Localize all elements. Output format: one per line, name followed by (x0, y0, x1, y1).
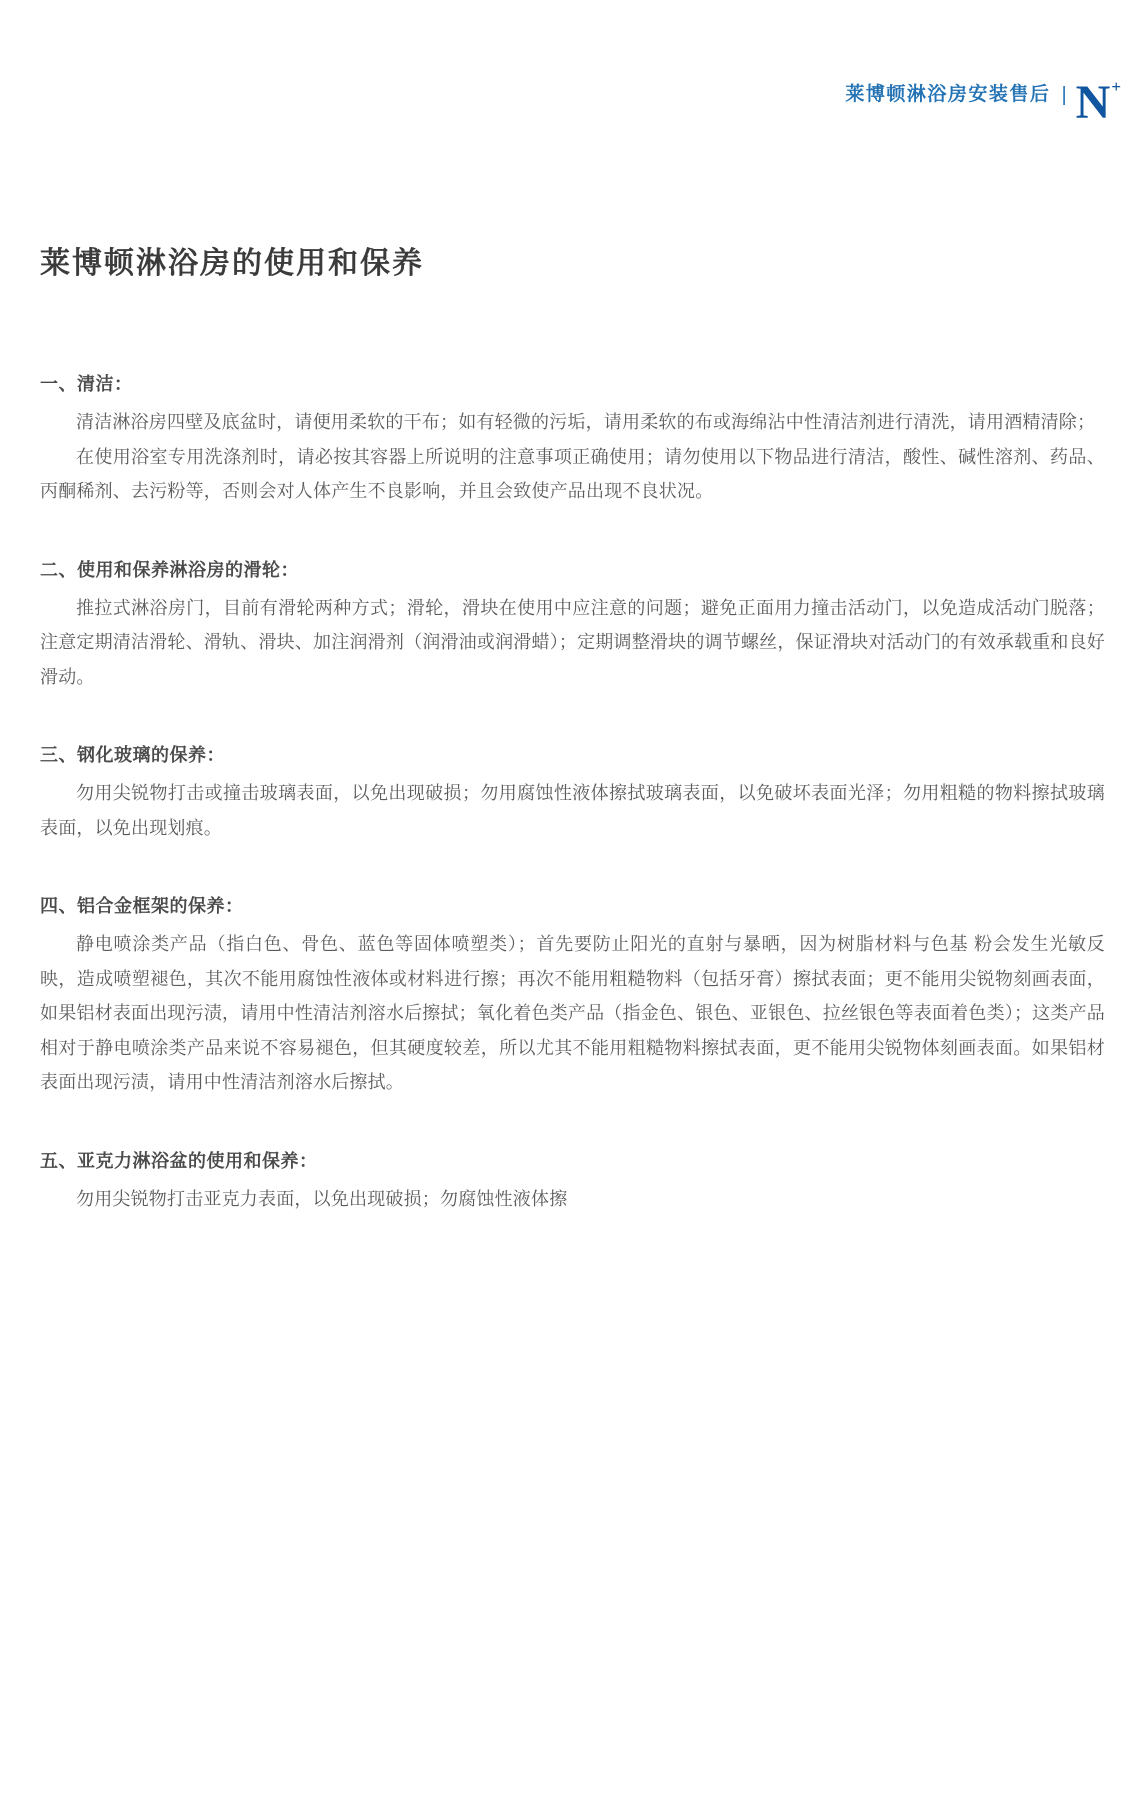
section-cleaning: 一、清洁： 清洁淋浴房四壁及底盆时，请便用柔软的干布；如有轻微的污垢，请用柔软的… (40, 371, 1105, 509)
section-acrylic-basin-heading: 五、亚克力淋浴盆的使用和保养： (40, 1148, 1105, 1174)
section-cleaning-heading: 一、清洁： (40, 371, 1105, 397)
section-aluminum-frame-paragraph: 静电喷涂类产品（指白色、骨色、蓝色等固体喷塑类）；首先要防止阳光的直射与暴晒，因… (40, 927, 1105, 1100)
page-title: 莱博顿淋浴房的使用和保养 (40, 243, 1105, 285)
section-acrylic-basin-paragraph: 勿用尖锐物打击亚克力表面，以免出现破损；勿腐蚀性液体擦 (40, 1182, 1105, 1217)
section-acrylic-basin: 五、亚克力淋浴盆的使用和保养： 勿用尖锐物打击亚克力表面，以免出现破损；勿腐蚀性… (40, 1148, 1105, 1217)
section-rollers-paragraph: 推拉式淋浴房门，目前有滑轮两种方式；滑轮，滑块在使用中应注意的问题；避免正面用力… (40, 591, 1105, 695)
section-aluminum-frame-heading: 四、铝合金框架的保养： (40, 893, 1105, 919)
section-tempered-glass-heading: 三、钢化玻璃的保养： (40, 742, 1105, 768)
section-tempered-glass-paragraph: 勿用尖锐物打击或撞击玻璃表面，以免出现破损；勿用腐蚀性液体擦拭玻璃表面，以免破坏… (40, 776, 1105, 845)
section-cleaning-paragraph-1: 清洁淋浴房四壁及底盆时，请便用柔软的干布；如有轻微的污垢，请用柔软的布或海绵沾中… (40, 405, 1105, 440)
logo-plus-icon: + (1111, 77, 1121, 96)
section-cleaning-paragraph-2: 在使用浴室专用洗涤剂时，请必按其容器上所说明的注意事项正确使用；请勿使用以下物品… (40, 440, 1105, 509)
section-rollers: 二、使用和保养淋浴房的滑轮： 推拉式淋浴房门，目前有滑轮两种方式；滑轮，滑块在使… (40, 557, 1105, 695)
section-rollers-heading: 二、使用和保养淋浴房的滑轮： (40, 557, 1105, 583)
section-tempered-glass: 三、钢化玻璃的保养： 勿用尖锐物打击或撞击玻璃表面，以免出现破损；勿用腐蚀性液体… (40, 742, 1105, 845)
document-content: 莱博顿淋浴房的使用和保养 一、清洁： 清洁淋浴房四壁及底盆时，请便用柔软的干布；… (40, 0, 1105, 1216)
document-page: 莱博顿淋浴房安装售后 | N+ 莱博顿淋浴房的使用和保养 一、清洁： 清洁淋浴房… (0, 0, 1145, 1803)
section-aluminum-frame: 四、铝合金框架的保养： 静电喷涂类产品（指白色、骨色、蓝色等固体喷塑类）；首先要… (40, 893, 1105, 1100)
